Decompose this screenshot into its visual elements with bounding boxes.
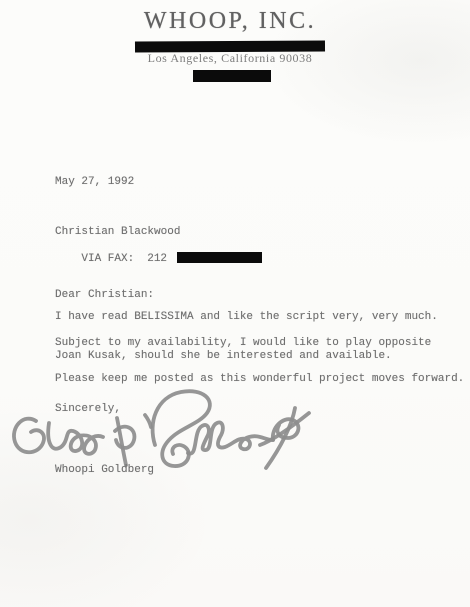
salutation: Dear Christian: [55,289,154,302]
fax-line: VIA FAX:212 [55,239,262,279]
redaction-bar-fax-number [177,252,262,263]
scanned-letter-page: WHOOP, INC. Los Angeles, California 9003… [0,0,470,607]
paragraph-2-line-2: Joan Kusak, should she be interested and… [55,350,392,362]
paragraph-2-line-1: Subject to my availability, I would like… [55,337,431,349]
via-fax-label: VIA FAX: [81,253,134,265]
letter-date: May 27, 1992 [55,176,134,189]
redaction-bar-phone-number [193,70,271,82]
paragraph-1: I have read BELISSIMA and like the scrip… [55,311,438,324]
recipient-name: Christian Blackwood [55,226,180,239]
handwritten-signature-whoopi-goldberg [2,385,322,480]
paragraph-2: Subject to my availability, I would like… [55,337,431,363]
fax-area-code: 212 [147,253,167,265]
letterhead-address-line: Los Angeles, California 90038 [0,51,460,66]
letterhead-company-name: WHOOP, INC. [0,8,460,35]
typed-sender-name: Whoopi Goldberg [55,464,154,477]
